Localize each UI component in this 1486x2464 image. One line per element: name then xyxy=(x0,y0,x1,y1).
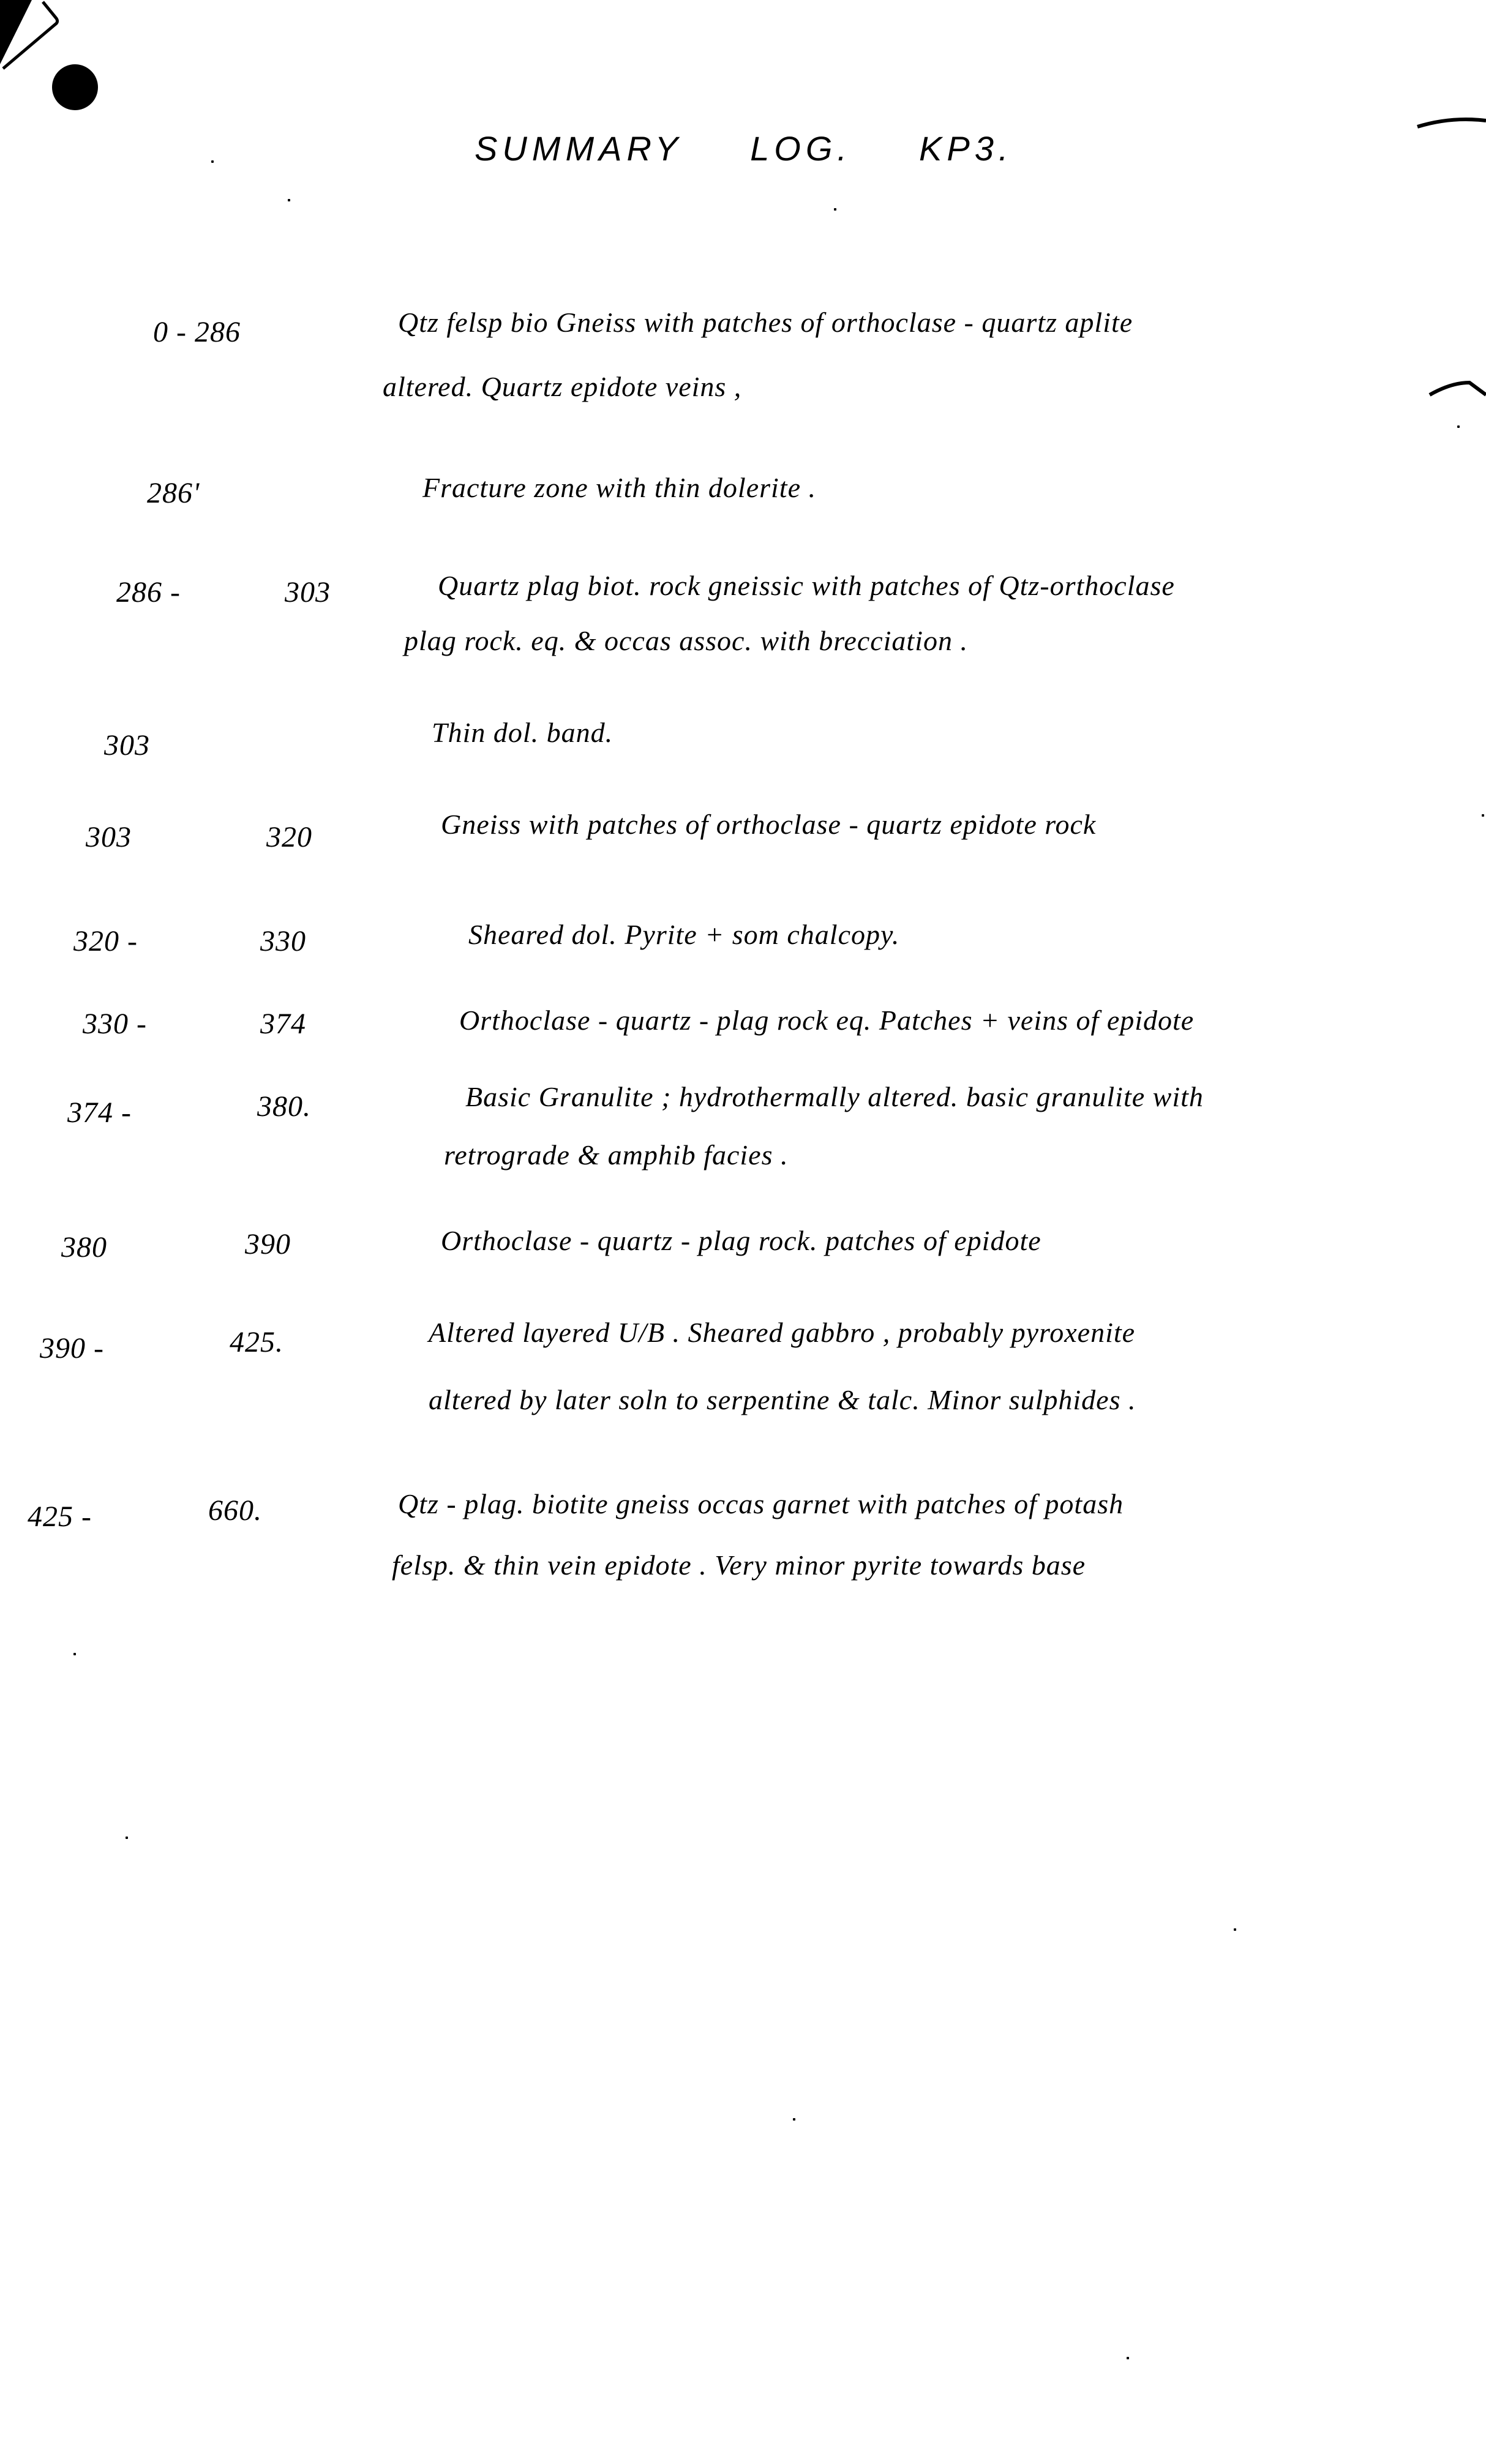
page-title: SUMMARYLOG.KP3. xyxy=(475,129,1080,168)
depth-to: 425. xyxy=(230,1325,283,1359)
edge-scan-mark xyxy=(1414,113,1486,132)
depth-from: 286' xyxy=(147,476,200,510)
depth-to: 390 xyxy=(245,1227,291,1261)
folded-corner-mark xyxy=(0,0,67,73)
scan-speck xyxy=(288,199,290,201)
title-log: LOG. xyxy=(750,129,852,168)
scan-speck xyxy=(834,208,836,211)
depth-to: 303 xyxy=(285,575,331,609)
description-line: Qtz felsp bio Gneiss with patches of ort… xyxy=(398,306,1133,339)
scan-speck xyxy=(1127,2357,1129,2359)
description-line: Basic Granulite ; hydrothermally altered… xyxy=(465,1080,1204,1113)
depth-to: 374 xyxy=(260,1007,306,1041)
depth-from: 374 - xyxy=(67,1096,132,1129)
description-line: plag rock. eq. & occas assoc. with brecc… xyxy=(404,624,968,657)
depth-from: 286 - xyxy=(116,575,181,609)
description-line: Altered layered U/B . Sheared gabbro , p… xyxy=(429,1316,1135,1349)
description-line: Sheared dol. Pyrite + som chalcopy. xyxy=(468,918,899,951)
scan-speck xyxy=(73,1653,76,1655)
description-line: Qtz - plag. biotite gneiss occas garnet … xyxy=(398,1488,1124,1520)
depth-from: 320 - xyxy=(73,924,138,958)
depth-from: 380 xyxy=(61,1230,107,1264)
scanned-page: SUMMARYLOG.KP3. 0 - 286 Qtz felsp bio Gn… xyxy=(0,0,1486,2464)
depth-from: 390 - xyxy=(40,1331,104,1365)
depth-from: 303 xyxy=(86,820,132,854)
description-line: Quartz plag biot. rock gneissic with pat… xyxy=(438,569,1175,602)
description-line: Gneiss with patches of orthoclase - quar… xyxy=(441,808,1096,841)
scan-speck xyxy=(1482,814,1484,817)
depth-to: 320 xyxy=(266,820,312,854)
depth-from: 303 xyxy=(104,728,150,762)
punch-hole xyxy=(52,64,98,110)
description-line: felsp. & thin vein epidote . Very minor … xyxy=(392,1549,1086,1581)
description-line: altered by later soln to serpentine & ta… xyxy=(429,1384,1136,1416)
depth-to: 330 xyxy=(260,924,306,958)
depth-to: 660. xyxy=(208,1494,262,1527)
depth-from: 0 - 286 xyxy=(153,315,241,349)
scan-speck xyxy=(126,1837,128,1839)
scan-speck xyxy=(211,160,214,163)
description-line: Orthoclase - quartz - plag rock. patches… xyxy=(441,1224,1041,1257)
depth-from: 330 - xyxy=(83,1007,147,1041)
description-line: altered. Quartz epidote veins , xyxy=(383,370,741,403)
description-line: retrograde & amphib facies . xyxy=(444,1139,788,1171)
depth-to: 380. xyxy=(257,1090,311,1123)
scan-speck xyxy=(793,2118,795,2121)
description-line: Fracture zone with thin dolerite . xyxy=(422,471,816,504)
title-summary: SUMMARY xyxy=(475,129,683,168)
description-line: Orthoclase - quartz - plag rock eq. Patc… xyxy=(459,1004,1194,1036)
edge-scan-mark xyxy=(1427,373,1486,398)
scan-speck xyxy=(1457,425,1460,428)
scan-speck xyxy=(1234,1928,1236,1931)
description-line: Thin dol. band. xyxy=(432,716,613,749)
depth-from: 425 - xyxy=(28,1500,92,1533)
title-hole-id: KP3. xyxy=(919,129,1013,168)
